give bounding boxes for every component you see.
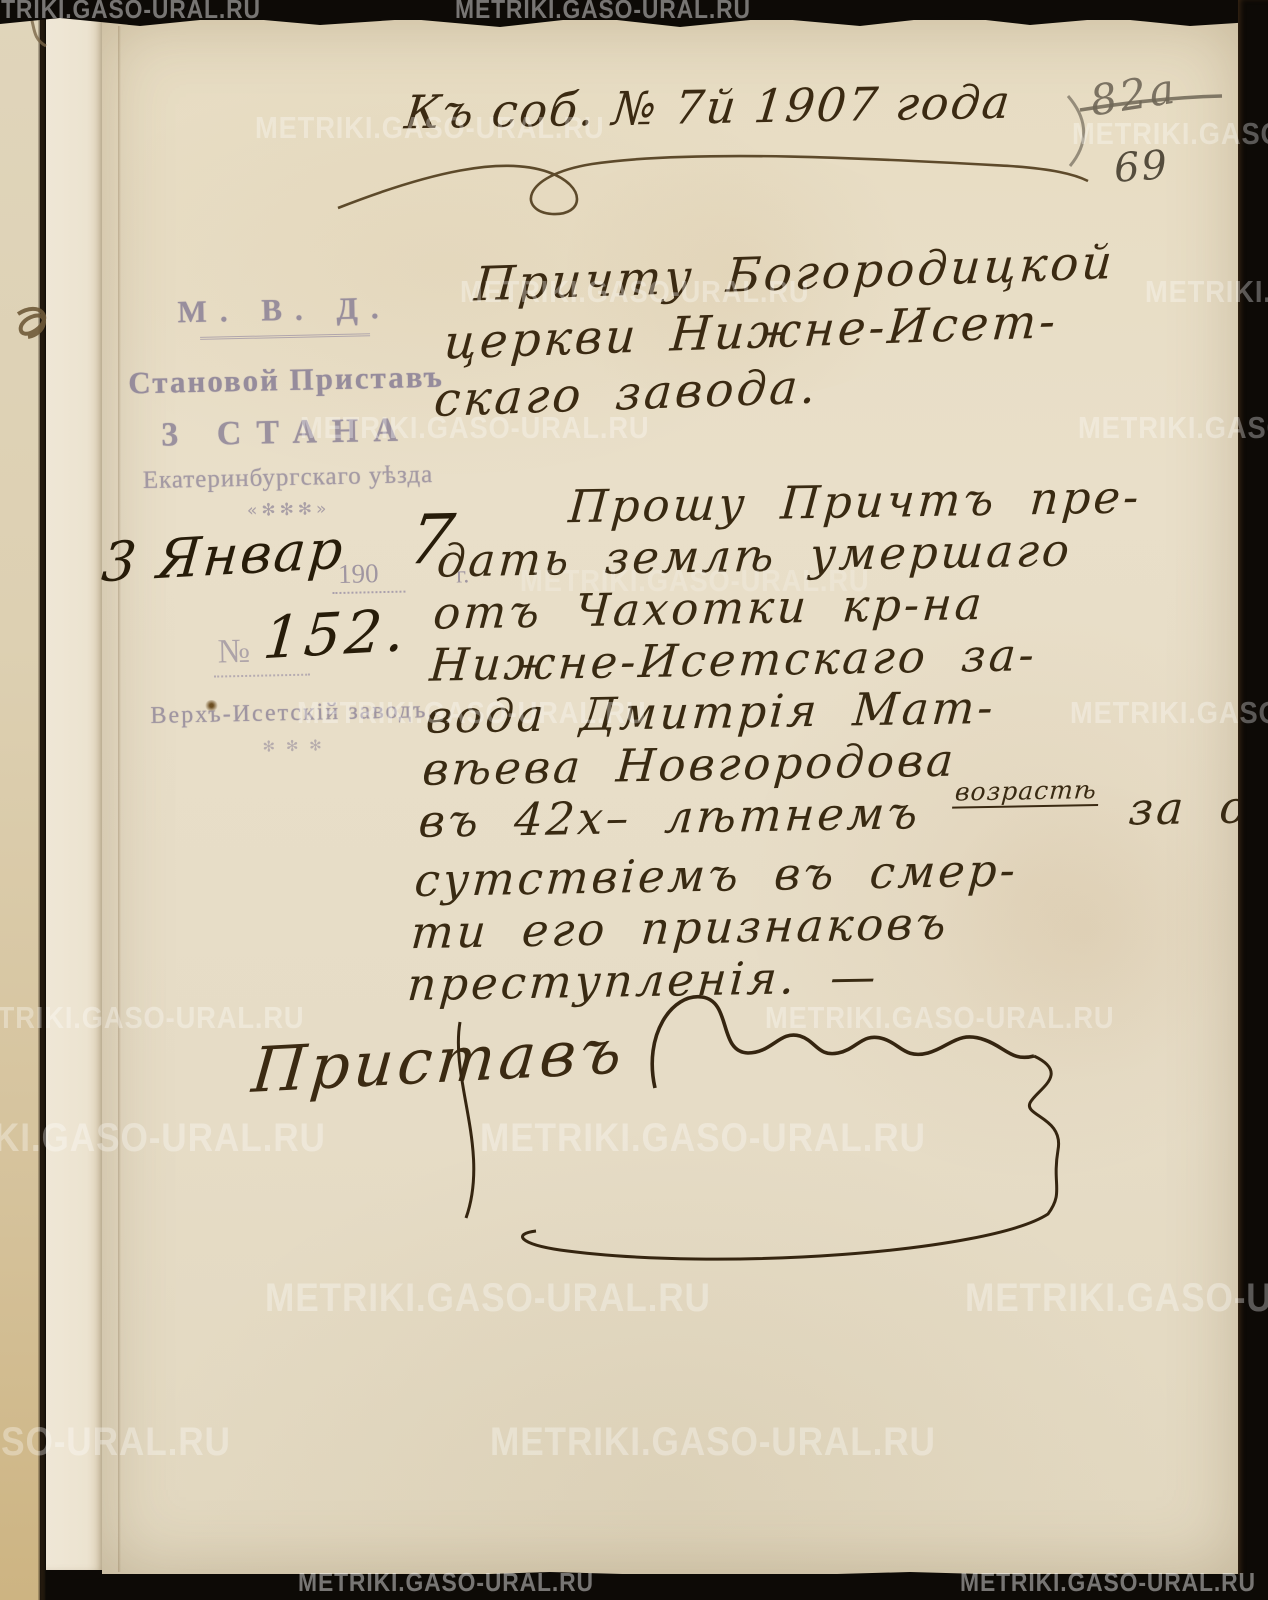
scan-border-right xyxy=(1238,0,1268,1600)
ink-strokes xyxy=(0,0,1268,1600)
binding-thread-knot xyxy=(18,309,44,337)
signature-descender xyxy=(458,1022,473,1218)
top-note-flourish xyxy=(338,156,1088,214)
archival-scan: М. В. Д. Становой Приставъ 3 СТАНА Екате… xyxy=(0,0,1268,1600)
pencil-paren xyxy=(1068,96,1084,166)
pencil-strikethrough xyxy=(1080,96,1222,110)
signature-flourish xyxy=(523,1056,1059,1259)
signature-scribble xyxy=(652,997,1034,1088)
